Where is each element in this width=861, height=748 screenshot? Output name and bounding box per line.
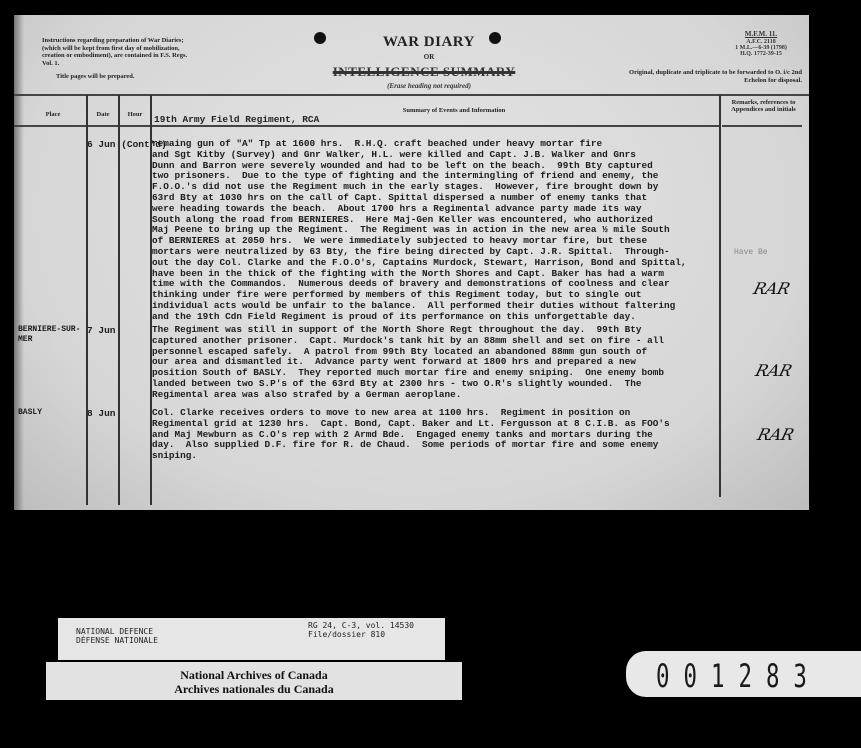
frame-counter-digits: 001283 <box>656 657 821 695</box>
war-diary-page: Instructions regarding preparation of Wa… <box>14 15 809 510</box>
column-header-remarks: Remarks, references to Appendices and in… <box>726 99 801 113</box>
department-label: NATIONAL DEFENCE DÉFENSE NATIONALE RG 24… <box>58 618 445 660</box>
column-header-place: Place <box>28 111 78 118</box>
entry-text: The Regiment was still in support of the… <box>152 325 664 401</box>
column-header-hour: Hour <box>120 111 150 118</box>
form-or: OR <box>344 53 514 61</box>
initials-signature: RAR <box>751 279 792 298</box>
erase-note: (Erase heading not required) <box>344 82 514 90</box>
distribution-note: Original, duplicate and triplicate to be… <box>612 69 802 85</box>
entry-place: BERNIERE-SUR-MER <box>18 325 84 345</box>
archives-name-en: National Archives of Canada <box>46 668 462 682</box>
file-dossier: File/dossier 810 <box>308 631 414 640</box>
instructions-text: Instructions regarding preparation of Wa… <box>42 37 187 67</box>
column-header-summary: Summary of Events and Information <box>344 107 564 114</box>
frame-counter: 001283 <box>626 651 861 697</box>
entry-place: BASLY <box>18 408 84 418</box>
initials-signature: RAR <box>753 361 794 380</box>
department-fr: DÉFENSE NATIONALE <box>76 637 158 646</box>
form-title: WAR DIARY <box>344 34 514 51</box>
entry-text: remaing gun of "A" Tp at 1600 hrs. R.H.Q… <box>152 139 686 323</box>
column-divider <box>86 95 88 505</box>
punch-hole-icon <box>314 32 326 44</box>
entry-date: 8 Jun <box>87 408 116 419</box>
unit-name: 19th Army Field Regiment, RCA <box>154 114 319 125</box>
title-pages-note: Title pages will be prepared. <box>42 73 192 81</box>
entry-date: 7 Jun <box>87 325 116 336</box>
instructions-note: Instructions regarding preparation of Wa… <box>42 37 192 81</box>
margin-note: Have Be <box>734 248 768 259</box>
table-top-rule <box>14 94 809 96</box>
form-code: M.F.M. 11. A.F.C. 2118 1 M.L.—6-39 (1798… <box>726 31 796 57</box>
struck-heading: INTELLIGENCE SUMMARY <box>309 64 539 80</box>
archives-name-fr: Archives nationales du Canada <box>46 682 462 696</box>
remarks-header-rule <box>722 125 802 127</box>
archives-label: National Archives of Canada Archives nat… <box>46 662 462 700</box>
entry-text: Col. Clarke receives orders to move to n… <box>152 408 670 462</box>
column-divider <box>118 95 120 505</box>
initials-signature: RAR <box>755 425 796 444</box>
column-header-date: Date <box>88 111 118 118</box>
column-divider <box>719 95 721 497</box>
header-rule <box>14 125 719 127</box>
